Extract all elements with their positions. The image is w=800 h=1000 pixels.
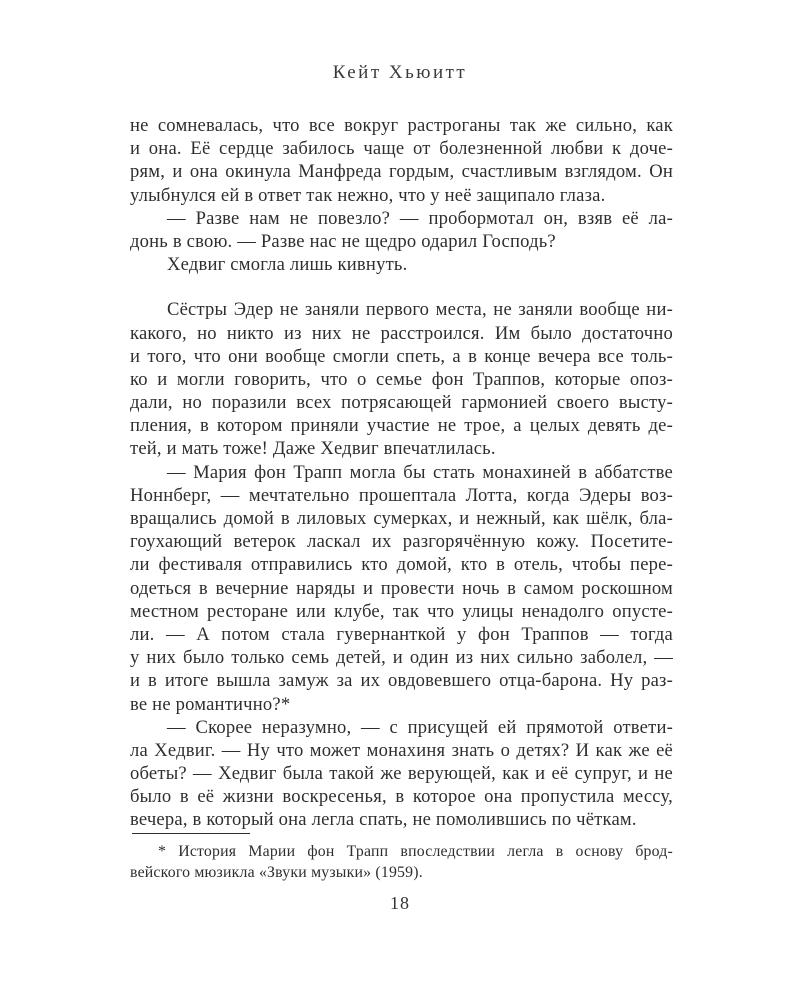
text-line: тей, и мать тоже! Даже Хедвиг впечатлила… [130,437,673,460]
text-line: вечера, в который она легла спать, не по… [130,808,673,831]
text-line: пления, в котором приняли участие не тро… [130,414,673,437]
text-line: — Скорее неразумно, — с присущей ей прям… [130,716,673,739]
body-text: не сомневалась, что все вокруг растроган… [130,114,673,832]
footnote: * История Марии фон Трапп впоследствии л… [130,841,673,883]
text-line: Хедвиг смогла лишь кивнуть. [130,253,673,276]
text-line: гоухающий ветерок ласкал их разгорячённу… [130,530,673,553]
page-number: 18 [0,893,800,914]
text-line: ла Хедвиг. — Ну что может монахиня знать… [130,739,673,762]
book-page: Кейт Хьюитт не сомневалась, что все вокр… [0,0,800,1000]
text-line: одеться в вечерние наряды и провести ноч… [130,577,673,600]
text-line: рям, и она окинула Манфреда гордым, счас… [130,160,673,183]
footnote-line: * История Марии фон Трапп впоследствии л… [130,841,673,862]
text-line: и того, что они вообще смогли спеть, а в… [130,345,673,368]
footnote-divider [132,833,250,834]
footnote-line: вейского мюзикла «Звуки музыки» (1959). [130,862,673,883]
text-line: ли. — А потом стала гувернанткой у фон Т… [130,623,673,646]
text-line: было в её жизни воскресенья, в которое о… [130,785,673,808]
text-line: и в итоге вышла замуж за их овдовевшего … [130,669,673,692]
text-line: ко и могли говорить, что о семье фон Тра… [130,368,673,391]
running-head-author: Кейт Хьюитт [0,62,800,84]
text-line: не сомневалась, что все вокруг растроган… [130,114,673,137]
text-line: какого, но никто из них не расстроился. … [130,322,673,345]
text-line: — Мария фон Трапп могла бы стать монахин… [130,461,673,484]
text-line: улыбнулся ей в ответ так нежно, что у не… [130,184,673,207]
text-line: Сёстры Эдер не заняли первого места, не … [130,298,673,321]
text-line: донь в свою. — Разве нас не щедро одарил… [130,230,673,253]
text-line: — Разве нам не повезло? — пробормотал он… [130,207,673,230]
text-line: и она. Её сердце забилось чаще от болезн… [130,137,673,160]
text-line: обеты? — Хедвиг была такой же верующей, … [130,762,673,785]
text-line: у них было только семь детей, и один из … [130,646,673,669]
text-line: Ноннберг, — мечтательно прошептала Лотта… [130,484,673,507]
text-line: дали, но поразили всех потрясающей гармо… [130,391,673,414]
text-line: местном ресторане или клубе, так что ули… [130,600,673,623]
text-line: ве не романтично?* [130,693,673,716]
text-line: ли фестиваля отправились кто домой, кто … [130,553,673,576]
text-line: вращались домой в лиловых сумерках, и не… [130,507,673,530]
